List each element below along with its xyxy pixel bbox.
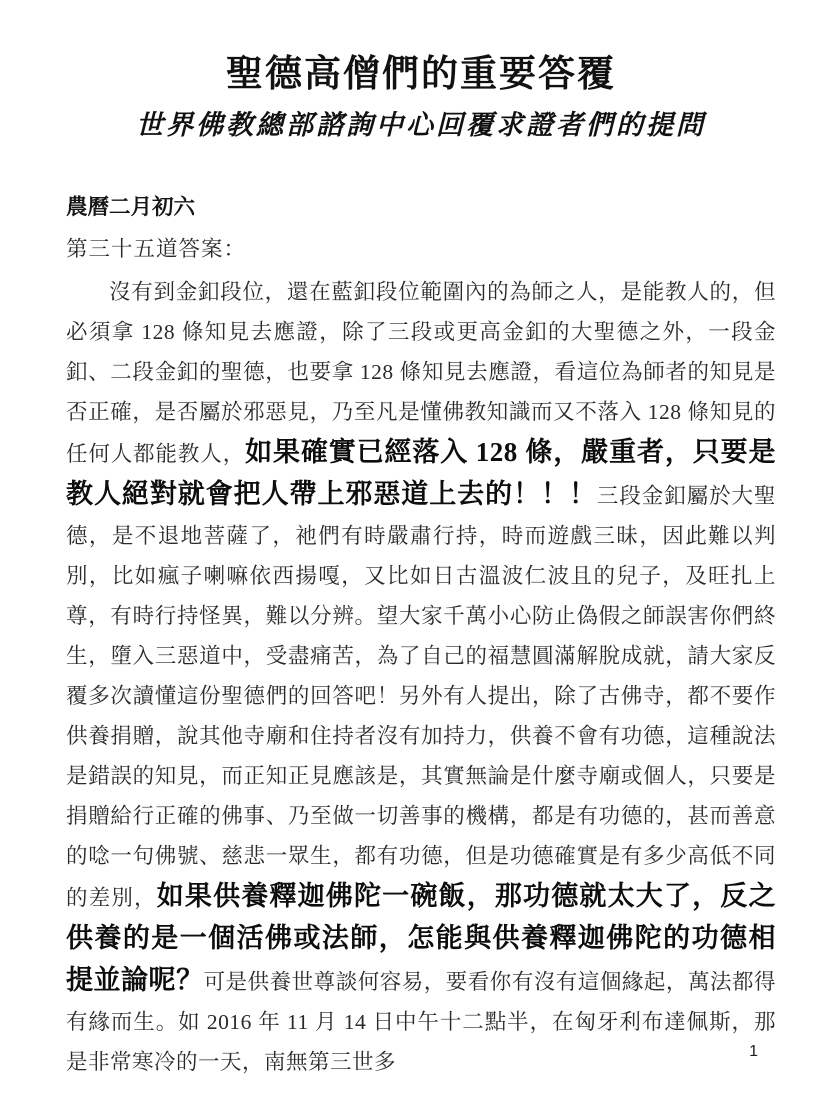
body-paragraph: 沒有到金釦段位，還在藍釦段位範圍內的為師之人，是能教人的，但必須拿 128 條知… bbox=[66, 272, 776, 1082]
page-number: 1 bbox=[749, 1043, 758, 1061]
document-page: 聖德高僧們的重要答覆 世界佛教總部諮詢中心回覆求證者們的提問 農曆二月初六 第三… bbox=[0, 0, 840, 1105]
answer-number-heading: 第三十五道答案： bbox=[66, 234, 776, 264]
document-title: 聖德高僧們的重要答覆 bbox=[66, 50, 776, 100]
lunar-date-heading: 農曆二月初六 bbox=[66, 192, 776, 222]
document-subtitle: 世界佛教總部諮詢中心回覆求證者們的提問 bbox=[66, 106, 776, 144]
paragraph-segment: 三段金釦屬於大聖德，是不退地菩薩了，祂們有時嚴肅行持，時而遊戲三昧，因此難以判別… bbox=[66, 484, 776, 910]
